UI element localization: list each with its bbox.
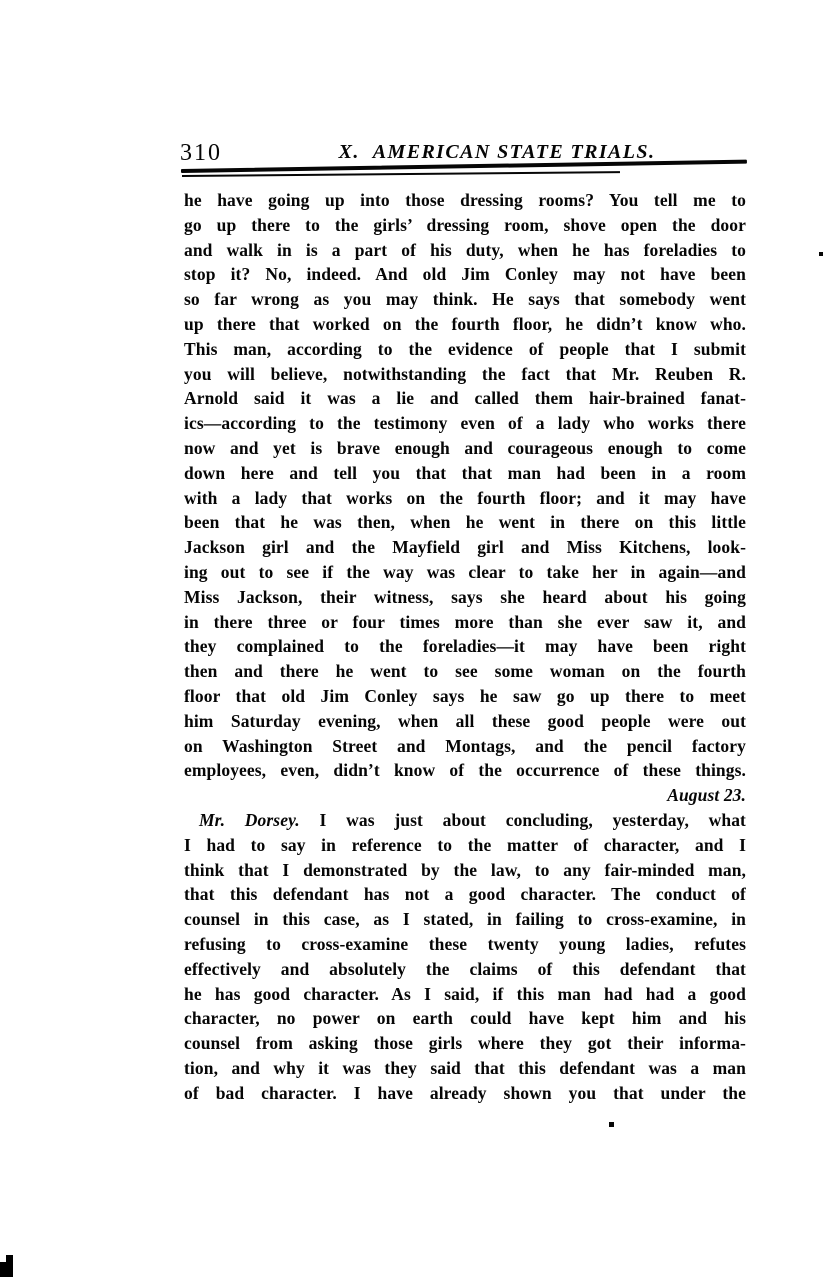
text-line: Jackson girl and the Mayfield girl and M…: [184, 535, 746, 560]
text-line: Mr. Dorsey. I was just about concluding,…: [184, 808, 746, 833]
text-line: This man, according to the evidence of p…: [184, 337, 746, 362]
text-line: with a lady that works on the fourth flo…: [184, 486, 746, 511]
corner-ink-blob: [0, 1255, 14, 1277]
text-line: ing out to see if the way was clear to t…: [184, 560, 746, 585]
scanned-book-page: 310 X.AMERICAN STATE TRIALS. he have goi…: [0, 0, 836, 1284]
text-line: been that he was then, when he went in t…: [184, 510, 746, 535]
text-line: now and yet is brave enough and courageo…: [184, 436, 746, 461]
text-line: stop it? No, indeed. And old Jim Conley …: [184, 262, 746, 287]
text-line: effectively and absolutely the claims of…: [184, 957, 746, 982]
text-line: ics—according to the testimony even of a…: [184, 411, 746, 436]
text-line: Arnold said it was a lie and called them…: [184, 386, 746, 411]
text-line: him Saturday evening, when all these goo…: [184, 709, 746, 734]
text-line: employees, even, didn’t know of the occu…: [184, 758, 746, 783]
text-line: go up there to the girls’ dressing room,…: [184, 213, 746, 238]
text-line: and walk in is a part of his duty, when …: [184, 238, 746, 263]
running-title: AMERICAN STATE TRIALS.: [373, 141, 656, 163]
text-line: of bad character. I have already shown y…: [184, 1081, 746, 1106]
text-line: I had to say in reference to the matter …: [184, 833, 746, 858]
text-line: on Washington Street and Montags, and th…: [184, 734, 746, 759]
text-line: they complained to the foreladies—it may…: [184, 634, 746, 659]
text-line: floor that old Jim Conley says he saw go…: [184, 684, 746, 709]
corner-ink-blob-part: [6, 1255, 13, 1264]
text-line: he has good character. As I said, if thi…: [184, 982, 746, 1007]
text-line: tion, and why it was they said that this…: [184, 1056, 746, 1081]
text-line: counsel from asking those girls where th…: [184, 1031, 746, 1056]
ink-speck: [609, 1122, 614, 1127]
text-line: up there that worked on the fourth floor…: [184, 312, 746, 337]
text-line: think that I demonstrated by the law, to…: [184, 858, 746, 883]
text-line: refusing to cross-examine these twenty y…: [184, 932, 746, 957]
corner-ink-blob-part: [0, 1262, 13, 1277]
section-number: X.: [339, 141, 360, 163]
page-number: 310: [180, 140, 222, 167]
text-line: then and there he went to see some woman…: [184, 659, 746, 684]
text-line: that this defendant has not a good chara…: [184, 882, 746, 907]
text-line: Miss Jackson, their witness, says she he…: [184, 585, 746, 610]
date-line: August 23.: [184, 783, 746, 808]
text-line: you will believe, notwithstanding the fa…: [184, 362, 746, 387]
text-line: counsel in this case, as I stated, in fa…: [184, 907, 746, 932]
text-line: he have going up into those dressing roo…: [184, 188, 746, 213]
text-line: in there three or four times more than s…: [184, 610, 746, 635]
header-rule-secondary: [182, 171, 620, 177]
text-line: so far wrong as you may think. He says t…: [184, 287, 746, 312]
speaker-name: Mr. Dorsey.: [199, 810, 300, 830]
ink-speck: [819, 252, 823, 256]
body-text: he have going up into those dressing roo…: [184, 188, 746, 1105]
text-line: down here and tell you that that man had…: [184, 461, 746, 486]
text-line: character, no power on earth could have …: [184, 1006, 746, 1031]
